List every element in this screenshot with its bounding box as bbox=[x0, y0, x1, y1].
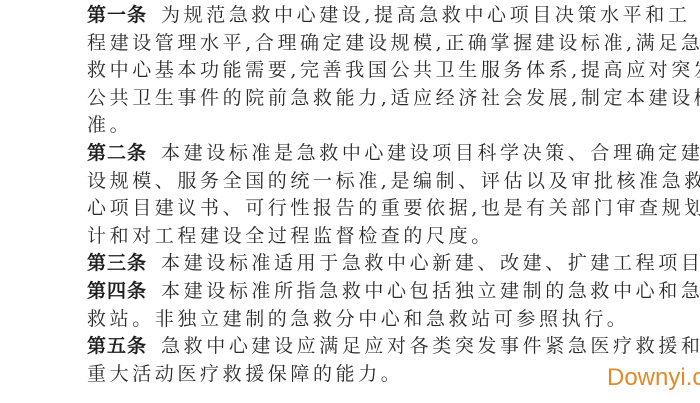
article-2-text-1: 本建设标准是急救中心建设项目科学决策、合理确定建 bbox=[161, 142, 700, 164]
article-5-line-2: 重大活动医疗救援保障的能力。 bbox=[87, 361, 632, 389]
article-1-label: 第一条 bbox=[87, 4, 147, 26]
document-body: 第一条为规范急救中心建设,提高急救中心项目决策水平和工 程建设管理水平,合理确定… bbox=[87, 2, 632, 388]
article-4-line-2: 救站。非独立建制的急救分中心和急救站可参照执行。 bbox=[87, 306, 632, 334]
article-5-text-1: 急救中心建设应满足应对各类突发事件紧急医疗救援和 bbox=[161, 335, 700, 357]
article-5-line-1: 第五条急救中心建设应满足应对各类突发事件紧急医疗救援和 bbox=[87, 333, 632, 361]
article-1-text-1: 为规范急救中心建设,提高急救中心项目决策水平和工 bbox=[161, 4, 690, 26]
article-4-label: 第四条 bbox=[87, 280, 147, 302]
article-3-text-1: 本建设标准适用于急救中心新建、改建、扩建工程项目。 bbox=[161, 252, 700, 274]
article-3-label: 第三条 bbox=[87, 252, 147, 274]
article-1-line-3: 救中心基本功能需要,完善我国公共卫生服务体系,提高应对突发 bbox=[87, 57, 632, 85]
article-1-line-5: 准。 bbox=[87, 112, 632, 140]
article-1-line-4: 公共卫生事件的院前急救能力,适应经济社会发展,制定本建设标 bbox=[87, 85, 632, 113]
article-2-line-4: 计和对工程建设全过程监督检查的尺度。 bbox=[87, 223, 632, 251]
article-1-line-1: 第一条为规范急救中心建设,提高急救中心项目决策水平和工 bbox=[87, 2, 632, 30]
article-2-line-1: 第二条本建设标准是急救中心建设项目科学决策、合理确定建 bbox=[87, 140, 632, 168]
article-2-line-3: 心项目建议书、可行性报告的重要依据,也是有关部门审查规划设 bbox=[87, 195, 632, 223]
article-2-line-2: 设规模、服务全国的统一标准,是编制、评估以及审批核准急救中 bbox=[87, 168, 632, 196]
article-5-label: 第五条 bbox=[87, 335, 147, 357]
article-2-label: 第二条 bbox=[87, 142, 147, 164]
article-3-line-1: 第三条本建设标准适用于急救中心新建、改建、扩建工程项目。 bbox=[87, 250, 632, 278]
article-4-line-1: 第四条本建设标准所指急救中心包括独立建制的急救中心和急 bbox=[87, 278, 632, 306]
article-1-line-2: 程建设管理水平,合理确定建设规模,正确掌握建设标准,满足急 bbox=[87, 30, 632, 58]
watermark-logo: Downyi.com bbox=[607, 364, 700, 392]
article-4-text-1: 本建设标准所指急救中心包括独立建制的急救中心和急 bbox=[161, 280, 700, 302]
